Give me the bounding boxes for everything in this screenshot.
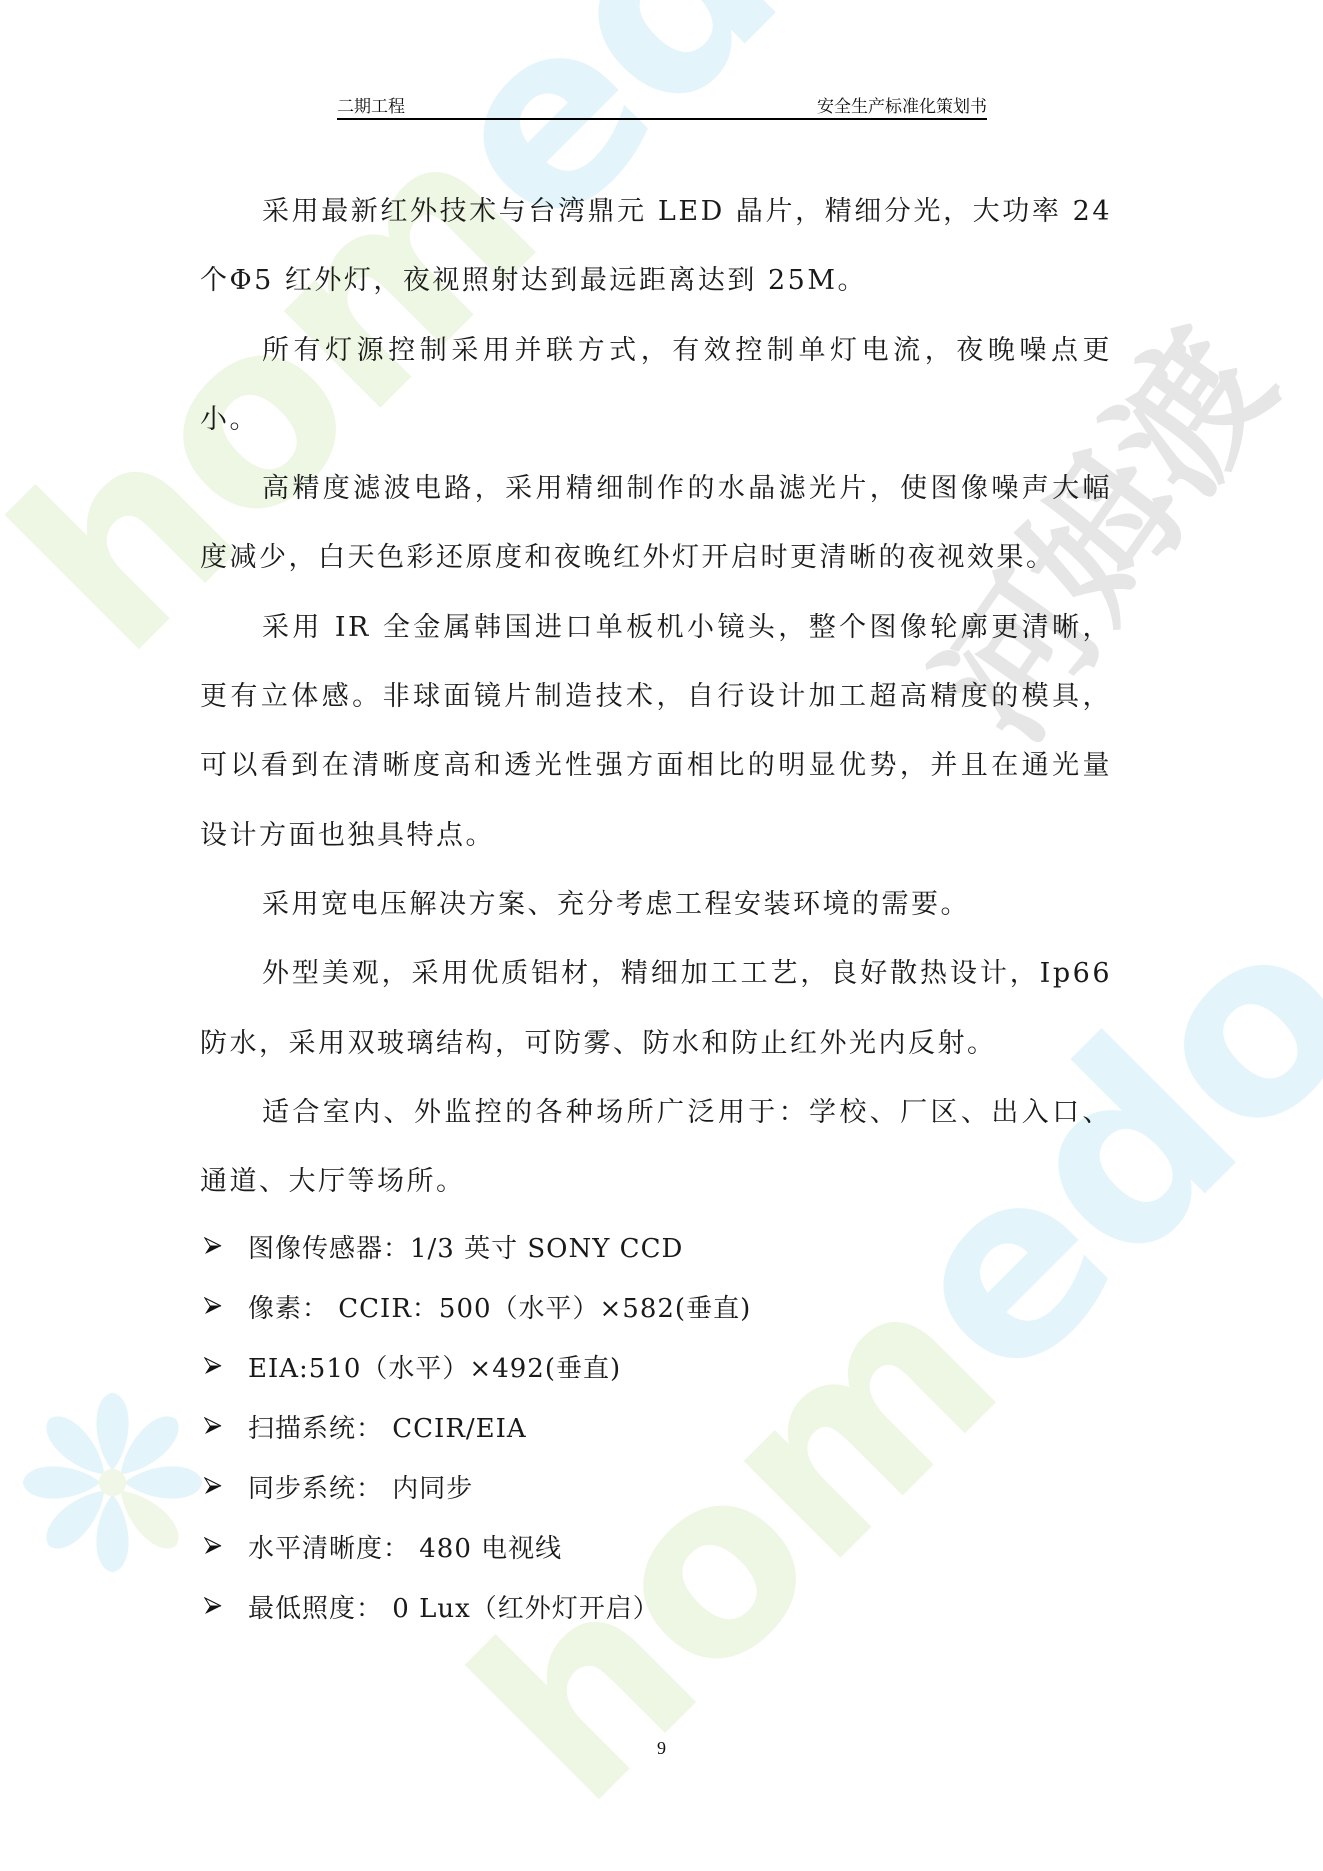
arrow-bullet-icon xyxy=(200,1417,248,1435)
arrow-bullet-icon xyxy=(200,1477,248,1495)
header-project-name: 二期工程 xyxy=(337,96,405,118)
page-number: 9 xyxy=(0,1738,1323,1759)
paragraph: 高精度滤波电路，采用精细制作的水晶滤光片，使图像噪声大幅度减少，白天色彩还原度和… xyxy=(200,454,1112,593)
page-header: 二期工程 安全生产标准化策划书 xyxy=(337,94,987,120)
paragraph: 外型美观，采用优质铝材，精细加工工艺，良好散热设计，Ip66 防水，采用双玻璃结… xyxy=(200,939,1112,1078)
spec-item: 扫描系统： CCIR/EIA xyxy=(200,1396,1112,1456)
arrow-bullet-icon xyxy=(200,1537,248,1555)
paragraph: 采用 IR 全金属韩国进口单板机小镜头，整个图像轮廓更清晰，更有立体感。非球面镜… xyxy=(200,593,1112,870)
arrow-bullet-icon xyxy=(200,1597,248,1615)
spec-text: 同步系统： 内同步 xyxy=(248,1468,473,1505)
spec-text: 扫描系统： CCIR/EIA xyxy=(248,1408,527,1445)
paragraph: 所有灯源控制采用并联方式，有效控制单灯电流，夜晚噪点更小。 xyxy=(200,316,1112,455)
arrow-bullet-icon xyxy=(200,1357,248,1375)
spec-text: 图像传感器：1/3 英寸 SONY CCD xyxy=(248,1228,683,1265)
spec-text: EIA:510（水平）×492(垂直) xyxy=(248,1348,621,1385)
arrow-bullet-icon xyxy=(200,1237,248,1255)
paragraph: 采用宽电压解决方案、充分考虑工程安装环境的需要。 xyxy=(200,870,1112,939)
spec-item: 同步系统： 内同步 xyxy=(200,1456,1112,1516)
arrow-bullet-icon xyxy=(200,1297,248,1315)
document-body: 采用最新红外技术与台湾鼎元 LED 晶片，精细分光，大功率 24 个Φ5 红外灯… xyxy=(200,177,1112,1636)
paragraph: 采用最新红外技术与台湾鼎元 LED 晶片，精细分光，大功率 24 个Φ5 红外灯… xyxy=(200,177,1112,316)
spec-item: 水平清晰度： 480 电视线 xyxy=(200,1516,1112,1576)
spec-list: 图像传感器：1/3 英寸 SONY CCD 像素： CCIR：500（水平）×5… xyxy=(200,1216,1112,1636)
spec-item: 像素： CCIR：500（水平）×582(垂直) xyxy=(200,1276,1112,1336)
spec-text: 水平清晰度： 480 电视线 xyxy=(248,1528,562,1565)
spec-item: 最低照度： 0 Lux（红外灯开启） xyxy=(200,1576,1112,1636)
spec-text: 最低照度： 0 Lux（红外灯开启） xyxy=(248,1588,660,1625)
header-document-title: 安全生产标准化策划书 xyxy=(817,96,987,118)
spec-item: 图像传感器：1/3 英寸 SONY CCD xyxy=(200,1216,1112,1276)
spec-item: EIA:510（水平）×492(垂直) xyxy=(200,1336,1112,1396)
paragraph: 适合室内、外监控的各种场所广泛用于：学校、厂区、出入口、通道、大厅等场所。 xyxy=(200,1078,1112,1217)
flower-logo-icon xyxy=(15,1385,210,1580)
spec-text: 像素： CCIR：500（水平）×582(垂直) xyxy=(248,1288,751,1325)
